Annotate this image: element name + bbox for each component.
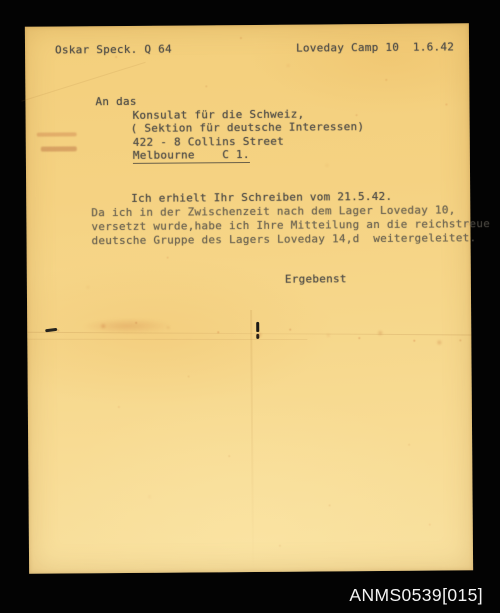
body-line-1: Ich erhielt Ihr Schreiben vom 21.5.42. [131, 190, 392, 205]
archive-photo: Oskar Speck. Q 64 Loveday Camp 10 1.6.42… [0, 0, 500, 613]
ink-exclamation-dot [256, 334, 259, 339]
recipient-city: Melbourne C 1. [133, 148, 250, 163]
recipient-street: 422 - 8 Collins Street [133, 135, 284, 149]
recipient-salutation: An das [95, 95, 136, 108]
closing-line: Ergebenst [285, 272, 347, 285]
horizontal-fold-crease-secondary [27, 339, 307, 340]
vertical-fold-crease [250, 310, 254, 572]
body-line-4: deutsche Gruppe des Lagers Loveday 14,d … [91, 231, 476, 247]
recipient-consulate: Konsulat für die Schweiz, [133, 108, 305, 122]
stain-cluster [82, 318, 172, 335]
recipient-section: ( Sektion für deutsche Interessen) [131, 120, 365, 135]
ink-exclamation-mark [256, 322, 259, 332]
date-line: Loveday Camp 10 1.6.42 [296, 40, 454, 54]
foxing-spots [25, 27, 27, 29]
red-margin-smudge-upper [37, 132, 77, 136]
catalog-number: ANMS0539[015] [349, 585, 483, 606]
red-margin-smudge-lower [41, 146, 77, 151]
sender-line: Oskar Speck. Q 64 [55, 43, 172, 57]
letter-page: Oskar Speck. Q 64 Loveday Camp 10 1.6.42… [25, 23, 473, 573]
